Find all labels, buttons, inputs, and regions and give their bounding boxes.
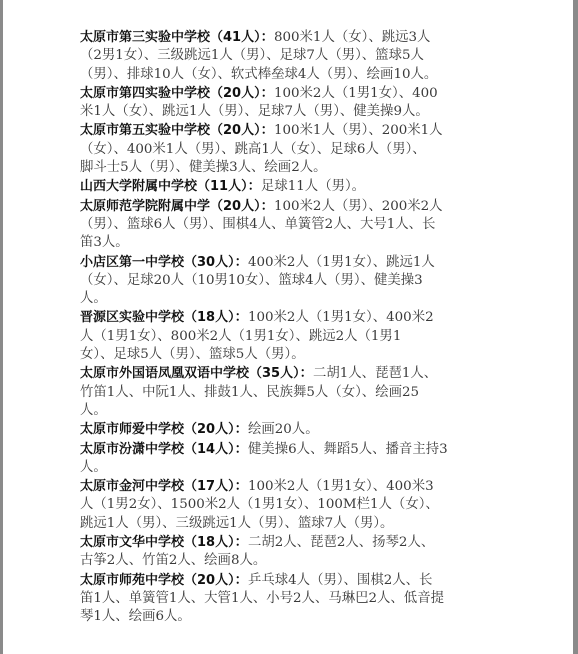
school-entry: 太原市第三实验中学校（41人）：800米1人（女）、跳远3人（2男1女）、三级跳… xyxy=(80,28,505,84)
entry-detail: （女）、足球20人（10男10女）、篮球4人（男）、健美操3 xyxy=(80,273,423,288)
colon: ： xyxy=(235,478,248,494)
text-line: 小店区第一中学校（30人）：400米2人（1男1女）、跳远1人 xyxy=(80,253,505,272)
entry-detail: 二胡1人、琵琶1人、 xyxy=(313,366,437,381)
text-line: （男）、排球10人（女）、软式棒垒球4人（男）、绘画10人。 xyxy=(80,66,505,84)
school-name: 太原市汾潇中学校（14人） xyxy=(80,442,235,457)
colon: ： xyxy=(261,122,274,138)
entry-detail: 100米2人（1男1女）、400 xyxy=(274,86,438,101)
school-name: 太原市师爱中学校（20人） xyxy=(80,422,235,437)
entry-detail: 人（1男2女）、1500米2人（1男1女）、100M栏1人（女）、 xyxy=(80,497,439,512)
colon: ： xyxy=(300,365,313,381)
text-line: 琴1人、绘画6人。 xyxy=(80,608,505,626)
entry-detail: 人。 xyxy=(80,403,107,418)
entry-detail: 古筝2人、竹笛2人、绘画8人。 xyxy=(80,553,266,568)
entry-detail: （2男1女）、三级跳远1人（男）、足球7人（男）、篮球5人 xyxy=(80,48,424,63)
text-line: 太原市第三实验中学校（41人）：800米1人（女）、跳远3人 xyxy=(80,28,505,47)
entry-detail: 400米2人（1男1女）、跳远1人 xyxy=(248,255,435,270)
entry-detail: 800米1人（女）、跳远3人 xyxy=(274,30,430,45)
entry-detail: 乒乓球4人（男）、围棋2人、长 xyxy=(248,573,432,588)
colon: ： xyxy=(261,85,274,101)
entry-detail: 跳远1人（男）、三级跳远1人（男）、篮球7人（男）。 xyxy=(80,516,393,531)
text-line: 跳远1人（男）、三级跳远1人（男）、篮球7人（男）。 xyxy=(80,515,505,533)
entry-detail: 琴1人、绘画6人。 xyxy=(80,609,191,624)
entry-detail: 100米2人（1男1女）、400米2 xyxy=(248,310,434,325)
text-line: （女）、400米1人（男）、跳高1人（女）、足球6人（男）、 xyxy=(80,141,505,159)
page-edge-left xyxy=(0,0,3,654)
text-line: （女）、足球20人（10男10女）、篮球4人（男）、健美操3 xyxy=(80,272,505,290)
text-line: 太原市外国语凤凰双语中学校（35人）：二胡1人、琵琶1人、 xyxy=(80,364,505,383)
school-entry: 太原市第五实验中学校（20人）：100米1人（男）、200米1人（女）、400米… xyxy=(80,121,505,177)
school-name: 晋源区实验中学校（18人） xyxy=(80,310,235,325)
text-line: 人。 xyxy=(80,290,505,308)
text-line: 女）、足球5人（男）、篮球5人（男）。 xyxy=(80,346,505,364)
school-entry: 太原市师爱中学校（20人）：绘画20人。 xyxy=(80,420,505,439)
school-entry: 太原市金河中学校（17人）：100米2人（1男1女）、400米3人（1男2女）、… xyxy=(80,477,505,533)
school-name: 太原师范学院附属中学（20人） xyxy=(80,199,261,214)
entry-detail: 人。 xyxy=(80,460,107,475)
colon: ： xyxy=(235,572,248,588)
text-line: 人（1男1女）、800米2人（1男1女）、跳远2人（1男1 xyxy=(80,328,505,346)
colon: ： xyxy=(235,421,248,437)
school-entry: 太原市文华中学校（18人）：二胡2人、琵琶2人、扬琴2人、古筝2人、竹笛2人、绘… xyxy=(80,533,505,571)
text-line: 太原市第五实验中学校（20人）：100米1人（男）、200米1人 xyxy=(80,121,505,140)
text-line: （2男1女）、三级跳远1人（男）、足球7人（男）、篮球5人 xyxy=(80,47,505,65)
colon: ： xyxy=(235,441,248,457)
entry-detail: 100米2人（1男1女）、400米3 xyxy=(248,479,434,494)
text-line: 晋源区实验中学校（18人）：100米2人（1男1女）、400米2 xyxy=(80,308,505,327)
school-name: 太原市第五实验中学校（20人） xyxy=(80,123,261,138)
school-name: 山西大学附属中学校（11人） xyxy=(80,179,248,194)
entry-detail: （女）、400米1人（男）、跳高1人（女）、足球6人（男）、 xyxy=(80,142,426,157)
entry-detail: 健美操6人、舞蹈5人、播音主持3 xyxy=(248,442,448,457)
text-line: 太原市师爱中学校（20人）：绘画20人。 xyxy=(80,420,505,439)
entry-detail: 绘画20人。 xyxy=(248,422,319,437)
entry-detail: 足球11人（男）。 xyxy=(261,179,365,194)
entry-detail: （男）、篮球6人（男）、围棋4人、单簧管2人、大号1人、长 xyxy=(80,217,435,232)
school-entry: 小店区第一中学校（30人）：400米2人（1男1女）、跳远1人（女）、足球20人… xyxy=(80,253,505,309)
text-line: 笛3人。 xyxy=(80,234,505,252)
colon: ： xyxy=(261,198,274,214)
text-line: 太原师范学院附属中学（20人）：100米2人（男）、200米2人 xyxy=(80,197,505,216)
entry-detail: 100米1人（男）、200米1人 xyxy=(274,123,443,138)
text-line: 人（1男2女）、1500米2人（1男1女）、100M栏1人（女）、 xyxy=(80,496,505,514)
entry-detail: 二胡2人、琵琶2人、扬琴2人、 xyxy=(248,535,434,550)
text-line: 脚斗士5人（男）、健美操3人、绘画2人。 xyxy=(80,159,505,177)
entry-detail: （男）、排球10人（女）、软式棒垒球4人（男）、绘画10人。 xyxy=(80,67,437,82)
text-line: 太原市师苑中学校（20人）：乒乓球4人（男）、围棋2人、长 xyxy=(80,571,505,590)
colon: ： xyxy=(235,534,248,550)
entry-detail: 笛1人、单簧管1人、大管1人、小号2人、马琳巴2人、低音提 xyxy=(80,591,444,606)
entry-detail: 人。 xyxy=(80,291,107,306)
text-line: 人。 xyxy=(80,402,505,420)
school-name: 太原市第四实验中学校（20人） xyxy=(80,86,261,101)
colon: ： xyxy=(261,29,274,45)
school-name: 太原市师苑中学校（20人） xyxy=(80,573,235,588)
school-name: 太原市外国语凤凰双语中学校（35人） xyxy=(80,366,300,381)
school-entry: 太原市第四实验中学校（20人）：100米2人（1男1女）、400米1人（女）、跳… xyxy=(80,84,505,122)
text-line: 米1人（女）、跳远1人（男）、足球7人（男）、健美操9人。 xyxy=(80,103,505,121)
text-line: 人。 xyxy=(80,459,505,477)
school-entry: 太原师范学院附属中学（20人）：100米2人（男）、200米2人（男）、篮球6人… xyxy=(80,197,505,253)
school-name: 太原市第三实验中学校（41人） xyxy=(80,30,261,45)
entry-detail: 100米2人（男）、200米2人 xyxy=(274,199,443,214)
entry-detail: 竹笛1人、中阮1人、排鼓1人、民族舞5人（女）、绘画25 xyxy=(80,385,419,400)
text-line: 太原市金河中学校（17人）：100米2人（1男1女）、400米3 xyxy=(80,477,505,496)
entry-detail: 女）、足球5人（男）、篮球5人（男）。 xyxy=(80,347,305,362)
school-name: 小店区第一中学校（30人） xyxy=(80,255,235,270)
text-line: 竹笛1人、中阮1人、排鼓1人、民族舞5人（女）、绘画25 xyxy=(80,384,505,402)
school-name: 太原市金河中学校（17人） xyxy=(80,479,235,494)
school-entry: 晋源区实验中学校（18人）：100米2人（1男1女）、400米2人（1男1女）、… xyxy=(80,308,505,364)
colon: ： xyxy=(235,309,248,325)
page-edge-right xyxy=(573,0,578,654)
text-line: 山西大学附属中学校（11人）：足球11人（男）。 xyxy=(80,177,505,196)
school-entry: 太原市外国语凤凰双语中学校（35人）：二胡1人、琵琶1人、竹笛1人、中阮1人、排… xyxy=(80,364,505,420)
text-line: （男）、篮球6人（男）、围棋4人、单簧管2人、大号1人、长 xyxy=(80,216,505,234)
text-line: 笛1人、单簧管1人、大管1人、小号2人、马琳巴2人、低音提 xyxy=(80,590,505,608)
entry-detail: 脚斗士5人（男）、健美操3人、绘画2人。 xyxy=(80,160,327,175)
entry-detail: 笛3人。 xyxy=(80,235,129,250)
school-entry: 太原市师苑中学校（20人）：乒乓球4人（男）、围棋2人、长笛1人、单簧管1人、大… xyxy=(80,571,505,627)
school-name: 太原市文华中学校（18人） xyxy=(80,535,235,550)
text-line: 古筝2人、竹笛2人、绘画8人。 xyxy=(80,552,505,570)
document-body: 太原市第三实验中学校（41人）：800米1人（女）、跳远3人（2男1女）、三级跳… xyxy=(80,28,505,627)
entry-detail: 人（1男1女）、800米2人（1男1女）、跳远2人（1男1 xyxy=(80,329,401,344)
school-entry: 太原市汾潇中学校（14人）：健美操6人、舞蹈5人、播音主持3人。 xyxy=(80,440,505,478)
text-line: 太原市汾潇中学校（14人）：健美操6人、舞蹈5人、播音主持3 xyxy=(80,440,505,459)
colon: ： xyxy=(235,254,248,270)
text-line: 太原市文华中学校（18人）：二胡2人、琵琶2人、扬琴2人、 xyxy=(80,533,505,552)
school-entry: 山西大学附属中学校（11人）：足球11人（男）。 xyxy=(80,177,505,196)
text-line: 太原市第四实验中学校（20人）：100米2人（1男1女）、400 xyxy=(80,84,505,103)
colon: ： xyxy=(248,178,261,194)
entry-detail: 米1人（女）、跳远1人（男）、足球7人（男）、健美操9人。 xyxy=(80,104,429,119)
